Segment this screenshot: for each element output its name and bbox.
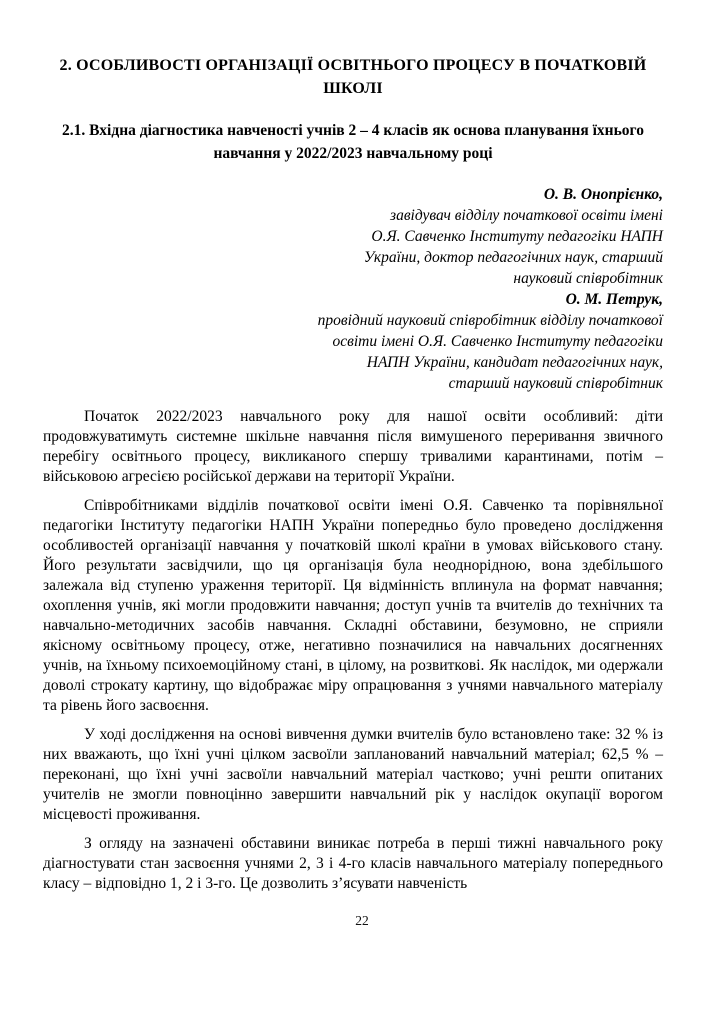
author-affiliation-line: НАПН України, кандидат педагогічних наук… bbox=[43, 352, 663, 373]
authors-block: О. В. Онопрієнко, завідувач відділу поча… bbox=[43, 184, 663, 394]
chapter-title: 2. ОСОБЛИВОСТІ ОРГАНІЗАЦІЇ ОСВІТНЬОГО ПР… bbox=[43, 54, 663, 100]
author-affiliation-line: України, доктор педагогічних наук, старш… bbox=[43, 247, 663, 268]
author-name: О. М. Петрук, bbox=[43, 289, 663, 310]
author-entry-1: О. В. Онопрієнко, завідувач відділу поча… bbox=[43, 184, 663, 289]
author-entry-2: О. М. Петрук, провідний науковий співроб… bbox=[43, 289, 663, 394]
paragraph-4: З огляду на зазначені обставини виникає … bbox=[43, 834, 663, 894]
author-affiliation-line: О.Я. Савченко Інституту педагогіки НАПН bbox=[43, 226, 663, 247]
author-name: О. В. Онопрієнко, bbox=[43, 184, 663, 205]
paragraph-1: Початок 2022/2023 навчального року для н… bbox=[43, 407, 663, 487]
author-affiliation-line: освіти імені О.Я. Савченко Інституту пед… bbox=[43, 331, 663, 352]
paragraph-2: Співробітниками відділів початкової осві… bbox=[43, 496, 663, 716]
author-affiliation-line: науковий співробітник bbox=[43, 268, 663, 289]
author-affiliation-line: провідний науковий співробітник відділу … bbox=[43, 310, 663, 331]
section-title: 2.1. Вхідна діагностика навченості учнів… bbox=[43, 119, 663, 165]
author-affiliation-line: завідувач відділу початкової освіти імен… bbox=[43, 205, 663, 226]
document-page: 2. ОСОБЛИВОСТІ ОРГАНІЗАЦІЇ ОСВІТНЬОГО ПР… bbox=[0, 0, 724, 1024]
author-affiliation-line: старший науковий співробітник bbox=[43, 373, 663, 394]
body-text: Початок 2022/2023 навчального року для н… bbox=[43, 407, 663, 894]
paragraph-3: У ході дослідження на основі вивчення ду… bbox=[43, 725, 663, 825]
page-number: 22 bbox=[0, 913, 724, 929]
